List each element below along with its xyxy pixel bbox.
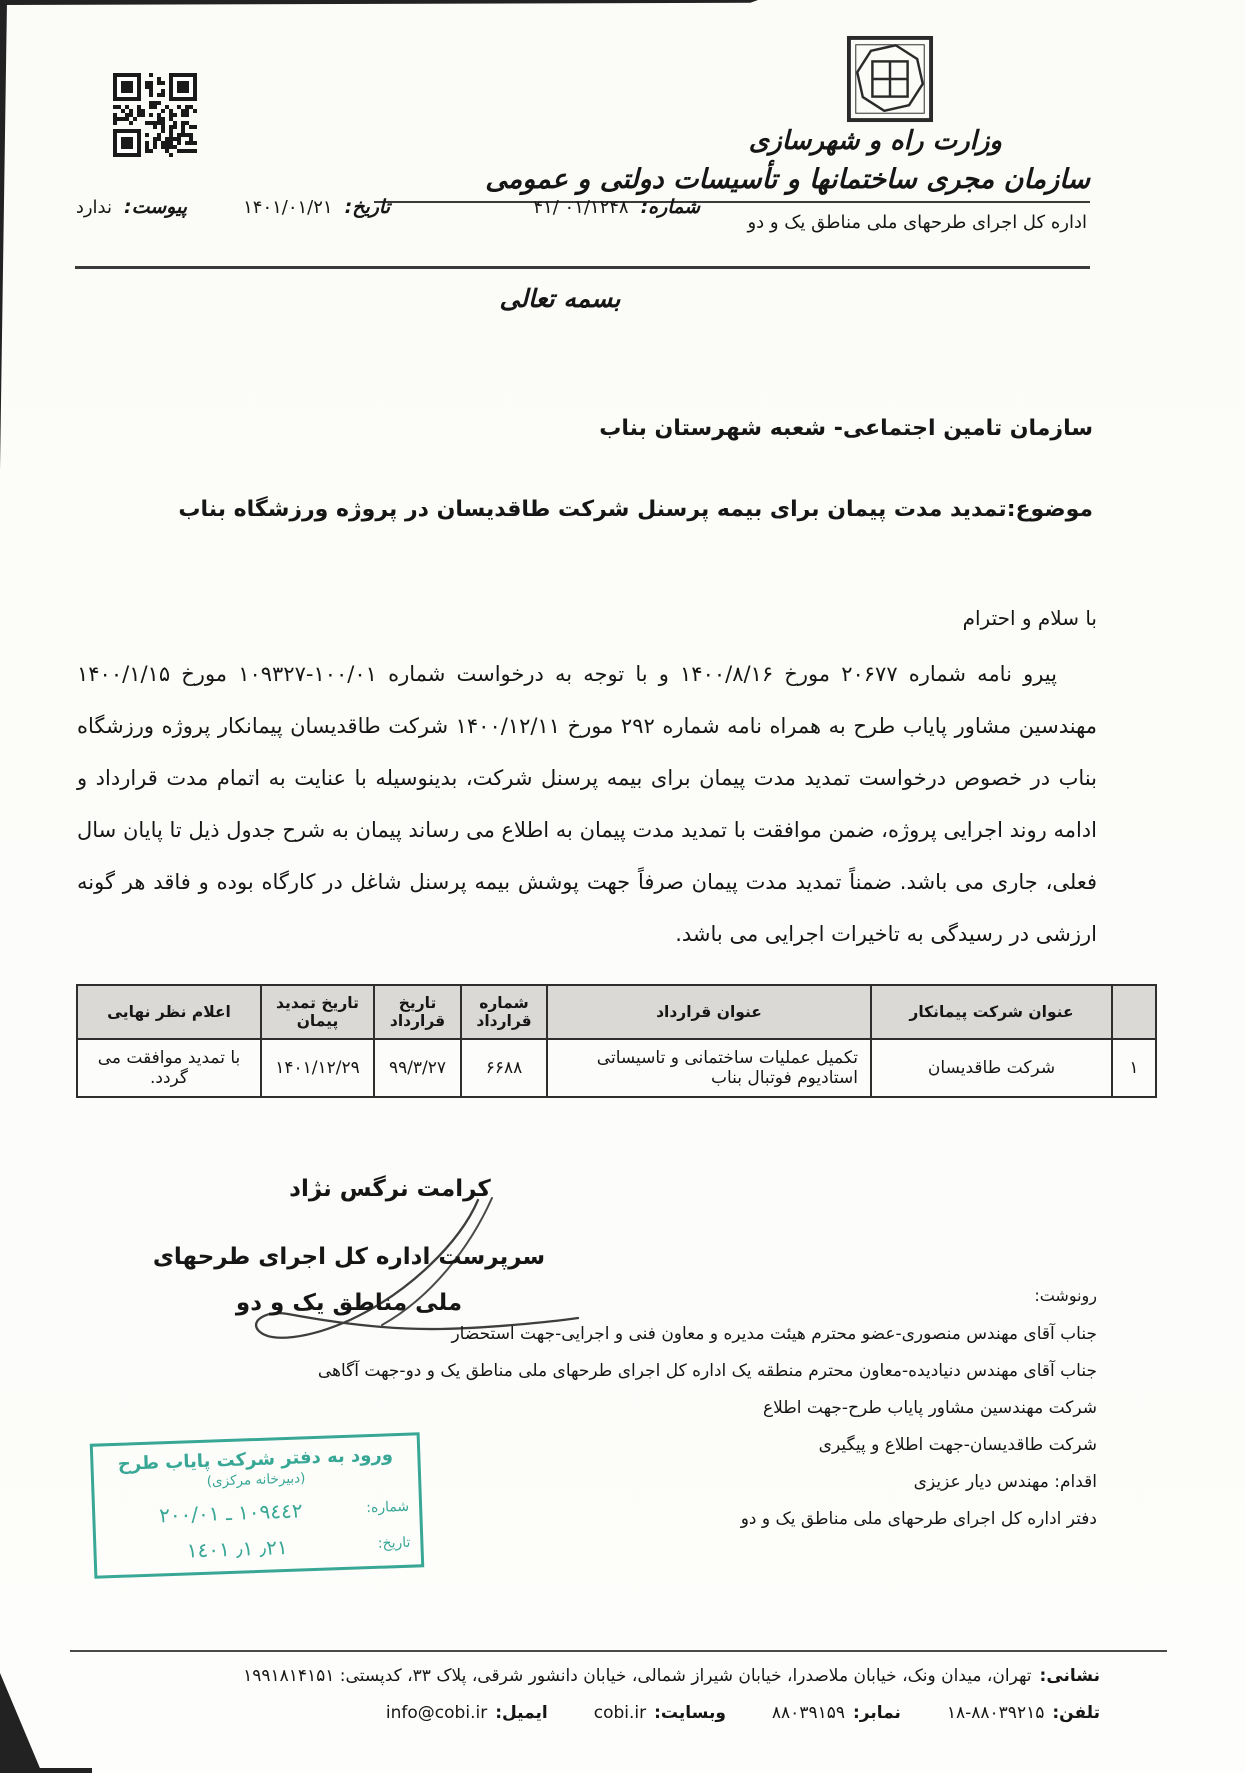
col-contract-date: تاریخ قرارداد: [374, 985, 461, 1039]
cell-final-opinion: با تمدید موافقت می گردد.: [77, 1039, 261, 1097]
registration-stamp: ورود به دفتر شرکت پایاب طرح (دبیرخانه مر…: [90, 1432, 425, 1578]
header-divider-long: [75, 266, 1090, 269]
fax-label: نمابر:: [853, 1703, 901, 1723]
col-extension-date: تاریخ تمدید پیمان: [261, 985, 374, 1039]
letter-body: پیرو نامه شماره ۲۰۶۷۷ مورخ ۱۴۰۰/۸/۱۶ و ب…: [77, 648, 1097, 960]
phone-label: تلفن:: [1052, 1703, 1100, 1723]
stamp-date-row: تاریخ: ١٤٠١ ٫١ ٫٢١: [106, 1531, 411, 1566]
department-name: اداره کل اجرای طرحهای ملی مناطق یک و دو: [747, 212, 1087, 233]
header-divider-short: [374, 201, 1090, 203]
cc-item: جناب آقای مهندس منصوری-عضو محترم هیئت مد…: [318, 1316, 1097, 1353]
col-contractor-name: عنوان شرکت پیمانکار: [871, 985, 1112, 1039]
email-field: ایمیل: info@cobi.ir: [386, 1703, 548, 1723]
footer-address-line: نشانی: تهران، میدان ونک، خیابان ملاصدرا،…: [243, 1666, 1100, 1686]
cc-list: جناب آقای مهندس منصوری-عضو محترم هیئت مد…: [318, 1316, 1097, 1538]
subject-label: موضوع:: [1007, 497, 1093, 522]
letter-date-field: تاریخ: ۱۴۰۱/۰۱/۲۱: [243, 196, 390, 218]
address-label: نشانی:: [1040, 1666, 1100, 1686]
col-final-opinion: اعلام نظر نهایی: [77, 985, 261, 1039]
subject-text: تمدید مدت پیمان برای بیمه پرسنل شرکت طاق…: [178, 497, 1006, 522]
subject-line: موضوع:تمدید مدت پیمان برای بیمه پرسنل شر…: [178, 497, 1093, 522]
ministry-emblem-icon: [846, 34, 934, 124]
cell-contract-date: ۹۹/۳/۲۷: [374, 1039, 461, 1097]
cc-item: دفتر اداره کل اجرای طرحهای ملی مناطق یک …: [318, 1501, 1097, 1538]
col-contract-title: عنوان قرارداد: [547, 985, 871, 1039]
stamp-number-row: شماره: ٢٠٠/٠١ ـ ١٠٩٤٤٢: [105, 1495, 410, 1530]
stamp-number-value: ٢٠٠/٠١ ـ ١٠٩٤٤٢: [105, 1497, 357, 1530]
phone-field: تلفن: ۱۸-۸۸۰۳۹۲۱۵: [947, 1703, 1100, 1723]
letter-number-label: شماره:: [641, 196, 700, 218]
letter-number-value: ۴۱/ ۰۱/۱۲۴۸: [533, 197, 628, 218]
signer-name: کرامت نرگس نژاد: [240, 1176, 540, 1202]
scan-artifact-left-edge: [0, 0, 7, 470]
email-label: ایمیل:: [495, 1703, 548, 1723]
salutation: با سلام و احترام: [963, 606, 1097, 630]
col-contract-number: شماره قرارداد: [461, 985, 547, 1039]
table-row: ۱ شرکت طاقدیسان تکمیل عملیات ساختمانی و …: [77, 1039, 1156, 1097]
footer-contact-line: تلفن: ۱۸-۸۸۰۳۹۲۱۵ نمابر: ۸۸۰۳۹۱۵۹ وبسایت…: [386, 1703, 1100, 1723]
email-value: info@cobi.ir: [386, 1703, 487, 1723]
attachment-value: ندارد: [76, 197, 112, 218]
cell-row-number: ۱: [1112, 1039, 1156, 1097]
organization-name: سازمان مجری ساختمانها و تأسیسات دولتی و …: [485, 164, 1090, 195]
cell-contract-title: تکمیل عملیات ساختمانی و تاسیساتی استادیو…: [547, 1039, 871, 1097]
letter-date-value: ۱۴۰۱/۰۱/۲۱: [243, 197, 332, 218]
website-value: cobi.ir: [594, 1703, 646, 1723]
scan-artifact-top-edge: [0, 0, 758, 5]
qr-code-icon: [113, 73, 197, 157]
address-value: تهران، میدان ونک، خیابان ملاصدرا، خیابان…: [243, 1666, 1031, 1686]
cc-item: جناب آقای مهندس دنیادیده-معاون محترم منط…: [318, 1353, 1097, 1390]
phone-value: ۱۸-۸۸۰۳۹۲۱۵: [947, 1703, 1044, 1723]
scan-artifact-bottom-left-corner: [0, 1673, 42, 1773]
cc-item: شرکت طاقدیسان-جهت اطلاع و پیگیری: [318, 1427, 1097, 1464]
addressee: سازمان تامین اجتماعی- شعبه شهرستان بناب: [599, 416, 1093, 441]
cell-extension-date: ۱۴۰۱/۱۲/۲۹: [261, 1039, 374, 1097]
ministry-name: وزارت راه و شهرسازی: [749, 126, 1002, 156]
scan-artifact-bottom-edge: [0, 1768, 92, 1773]
letter-page: وزارت راه و شهرسازی سازمان مجری ساختمانه…: [0, 0, 1245, 1773]
besmeleh: بسمه تعالی: [440, 284, 680, 313]
stamp-date-label: تاریخ:: [378, 1535, 411, 1552]
attachment-field: پیوست: ندارد: [76, 196, 187, 218]
signer-title: سرپرست اداره کل اجرای طرحهای ملی مناطق ی…: [128, 1234, 570, 1326]
cell-contract-number: ۶۶۸۸: [461, 1039, 547, 1097]
cell-contractor-name: شرکت طاقدیسان: [871, 1039, 1112, 1097]
stamp-date-value: ١٤٠١ ٫١ ٫٢١: [106, 1532, 368, 1565]
letter-date-label: تاریخ:: [345, 196, 390, 218]
table-header-row: عنوان شرکت پیمانکار عنوان قرارداد شماره …: [77, 985, 1156, 1039]
stamp-number-label: شماره:: [366, 1499, 409, 1516]
footer-divider: [70, 1650, 1167, 1652]
attachment-label: پیوست:: [124, 196, 187, 218]
cc-item: اقدام: مهندس دیار عزیزی: [318, 1464, 1097, 1501]
fax-value: ۸۸۰۳۹۱۵۹: [772, 1703, 845, 1723]
letter-number-field: شماره: ۴۱/ ۰۱/۱۲۴۸: [533, 196, 700, 218]
website-field: وبسایت: cobi.ir: [594, 1703, 726, 1723]
cc-label: رونوشت:: [1034, 1286, 1097, 1305]
website-label: وبسایت:: [654, 1703, 726, 1723]
contracts-table: عنوان شرکت پیمانکار عنوان قرارداد شماره …: [76, 984, 1157, 1098]
fax-field: نمابر: ۸۸۰۳۹۱۵۹: [772, 1703, 901, 1723]
cc-item: شرکت مهندسین مشاور پایاب طرح-جهت اطلاع: [318, 1390, 1097, 1427]
col-row-number: [1112, 985, 1156, 1039]
